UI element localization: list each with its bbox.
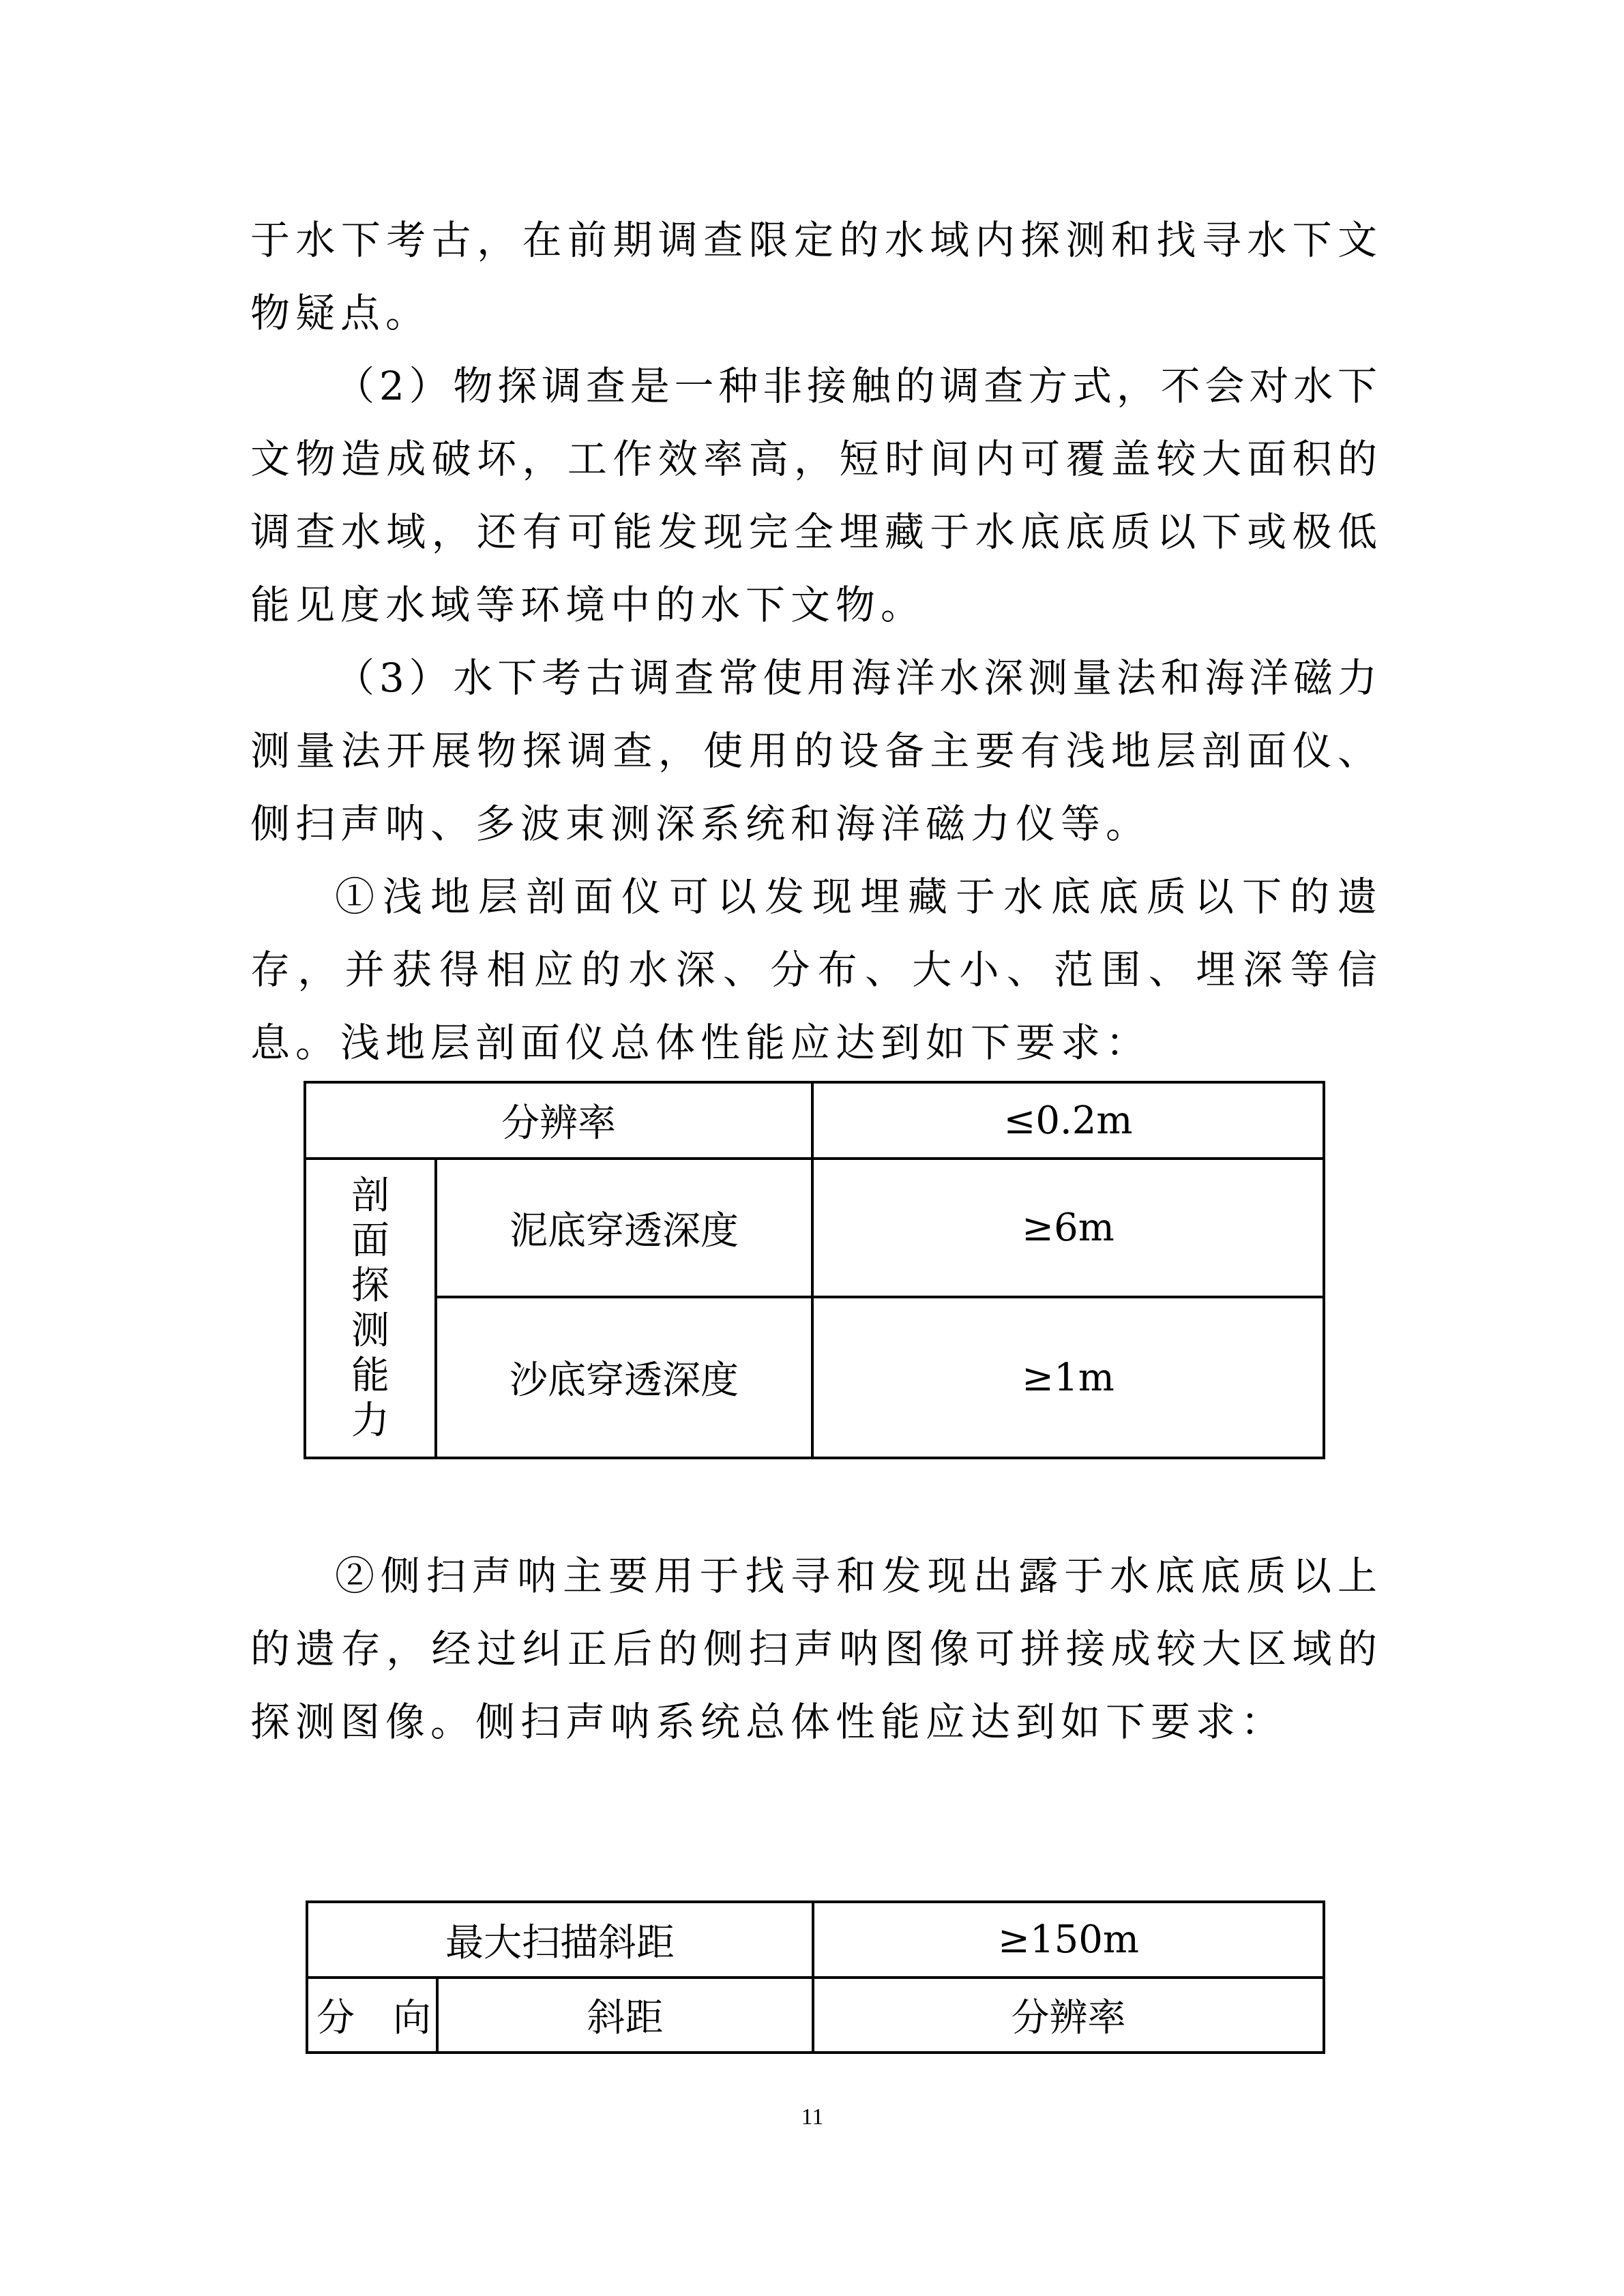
paragraph-subitem-1: ①浅地层剖面仪可以发现埋藏于水底底质以下的遗 存，并获得相应的水深、分布、大小、… [250, 861, 1377, 1079]
table-cell-value: ≥150m [813, 1902, 1324, 1978]
table-row: 沙底穿透深度 ≥1m [305, 1297, 1324, 1458]
paragraph-subitem-2: ②侧扫声呐主要用于找寻和发现出露于水底底质以上 的遗存，经过纠正后的侧扫声呐图像… [250, 1540, 1377, 1759]
table-cell-value: ≥1m [812, 1297, 1324, 1458]
text-line: 测量法开展物探调查，使用的设备主要有浅地层剖面仪、 [250, 715, 1377, 788]
text-line: （3）水下考古调查常使用海洋水深测量法和海洋磁力 [250, 642, 1377, 715]
table-cell-header: 斜距 [437, 1978, 813, 2053]
table-cell-group-label: 剖面探测能力 [305, 1159, 436, 1458]
text-line: 物疑点。 [250, 277, 1377, 350]
profiler-spec-table: 分辨率 ≤0.2m 剖面探测能力 泥底穿透深度 ≥6m 沙底穿透深度 ≥1m [304, 1081, 1325, 1459]
text-line: 于水下考古，在前期调查限定的水域内探测和找寻水下文 [250, 204, 1377, 277]
paragraph-item-3: （3）水下考古调查常使用海洋水深测量法和海洋磁力 测量法开展物探调查，使用的设备… [250, 642, 1377, 861]
vertical-label: 剖面探测能力 [350, 1174, 391, 1444]
table-cell-label: 沙底穿透深度 [436, 1297, 812, 1458]
text-line: （2）物探调查是一种非接触的调查方式，不会对水下 [250, 350, 1377, 423]
table-row: 分辨率 ≤0.2m [305, 1082, 1324, 1159]
text-line: 存，并获得相应的水深、分布、大小、范围、埋深等信 [250, 934, 1377, 1007]
text-line: 文物造成破坏，工作效率高，短时间内可覆盖较大面积的 [250, 423, 1377, 496]
sonar-spec-table: 最大扫描斜距 ≥150m 分 向 斜距 分辨率 [306, 1900, 1325, 2054]
paragraph-item-2: （2）物探调查是一种非接触的调查方式，不会对水下 文物造成破坏，工作效率高，短时… [250, 350, 1377, 642]
table-cell-label: 泥底穿透深度 [436, 1159, 812, 1297]
table-cell-header: 分辨率 [813, 1978, 1324, 2053]
text-line: 能见度水域等环境中的水下文物。 [250, 569, 1377, 642]
paragraph-continuation: 于水下考古，在前期调查限定的水域内探测和找寻水下文 物疑点。 [250, 204, 1377, 350]
text-line: 息。浅地层剖面仪总体性能应达到如下要求： [250, 1007, 1377, 1079]
document-page: 于水下考古，在前期调查限定的水域内探测和找寻水下文 物疑点。 （2）物探调查是一… [0, 0, 1624, 2296]
text-line: 侧扫声呐、多波束测深系统和海洋磁力仪等。 [250, 788, 1377, 861]
table-cell-group-label: 分 向 [307, 1978, 437, 2053]
table-row: 剖面探测能力 泥底穿透深度 ≥6m [305, 1159, 1324, 1297]
text-line: 探测图像。侧扫声呐系统总体性能应达到如下要求： [250, 1686, 1377, 1759]
text-line: ②侧扫声呐主要用于找寻和发现出露于水底底质以上 [250, 1540, 1377, 1613]
table-row: 最大扫描斜距 ≥150m [307, 1902, 1324, 1978]
page-number: 11 [798, 2104, 827, 2130]
table-cell-label: 最大扫描斜距 [307, 1902, 813, 1978]
table-row: 分 向 斜距 分辨率 [307, 1978, 1324, 2053]
text-line: 调查水域，还有可能发现完全埋藏于水底底质以下或极低 [250, 496, 1377, 569]
table-cell-value: ≥6m [812, 1159, 1324, 1297]
table-cell-value: ≤0.2m [812, 1082, 1324, 1159]
text-line: ①浅地层剖面仪可以发现埋藏于水底底质以下的遗 [250, 861, 1377, 934]
text-line: 的遗存，经过纠正后的侧扫声呐图像可拼接成较大区域的 [250, 1613, 1377, 1686]
table-cell-label: 分辨率 [305, 1082, 812, 1159]
